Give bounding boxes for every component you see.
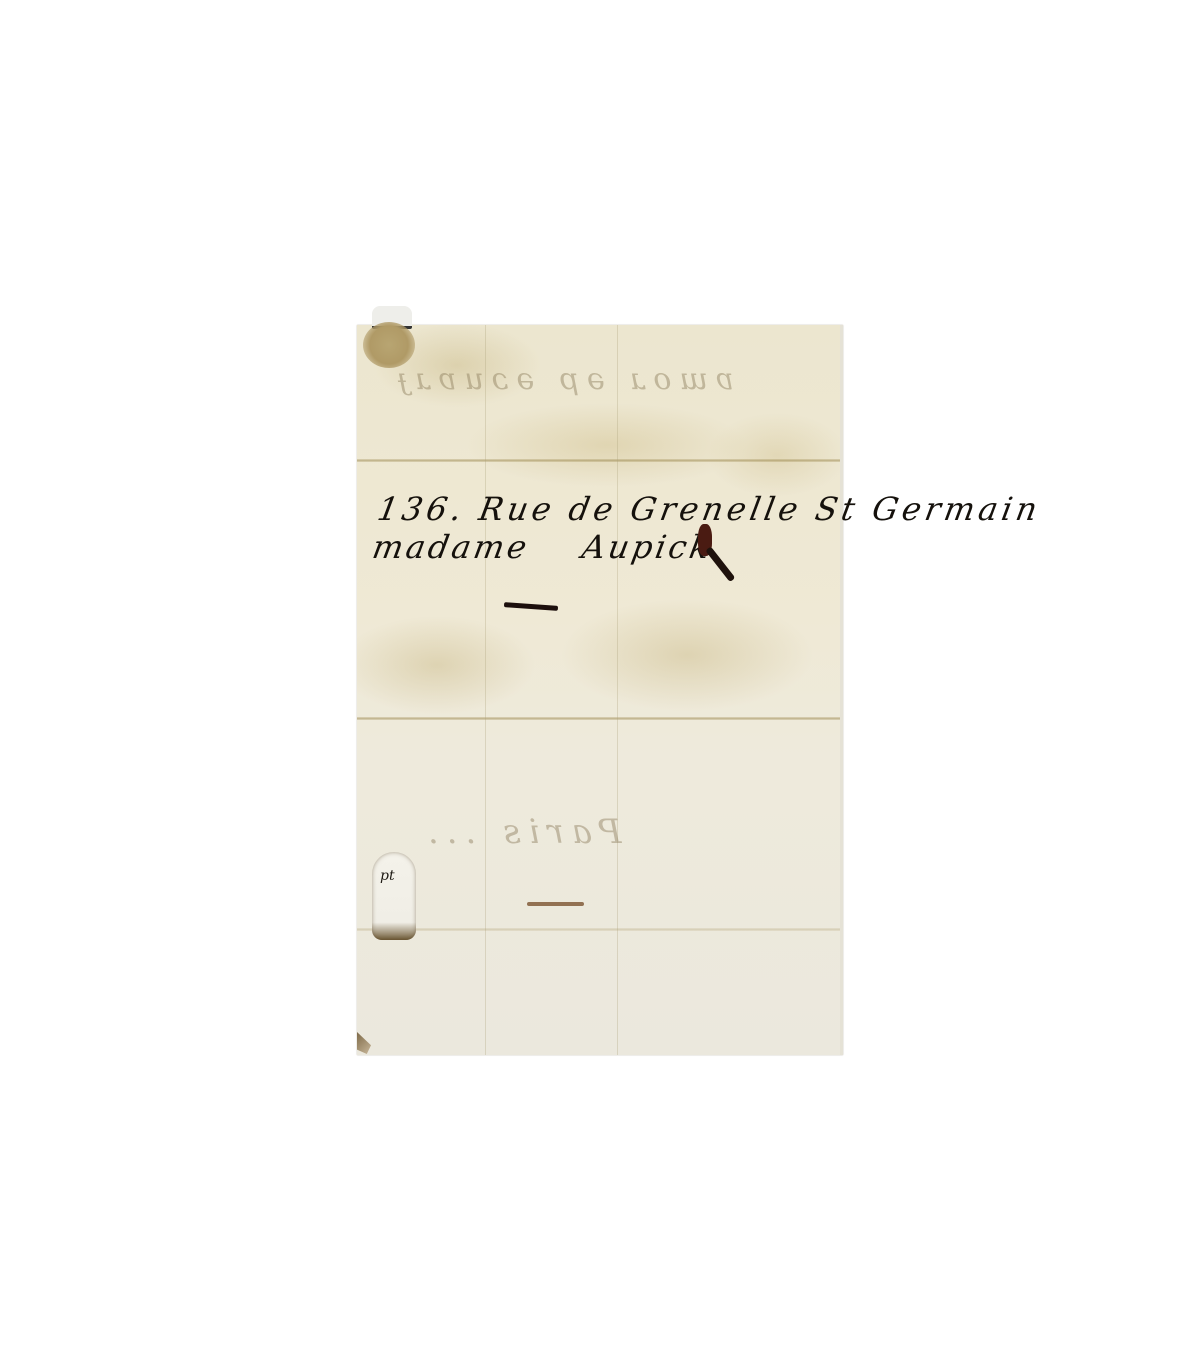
seal-mark-text: pt	[380, 868, 395, 884]
fold-line	[357, 717, 840, 720]
recipient-name: Aupick	[579, 528, 715, 566]
address-line-street: 136. Rue de Grenelle St Germain	[375, 490, 1044, 528]
ink-dash-mark-faded	[527, 902, 584, 906]
show-through-text-bottom: Paris ...	[420, 812, 621, 852]
address-line-recipient: madame Aupick	[370, 528, 716, 566]
fold-line	[357, 459, 840, 462]
fold-line	[357, 928, 840, 931]
seal-tear-hole	[372, 852, 416, 940]
letter-paper	[357, 325, 843, 1055]
crease	[617, 325, 618, 1055]
show-through-text-top: ɐɯoɹ ǝp ǝɔuɐɹɟ	[390, 362, 734, 397]
crease	[485, 325, 486, 1055]
recipient-title: madame	[370, 528, 533, 566]
